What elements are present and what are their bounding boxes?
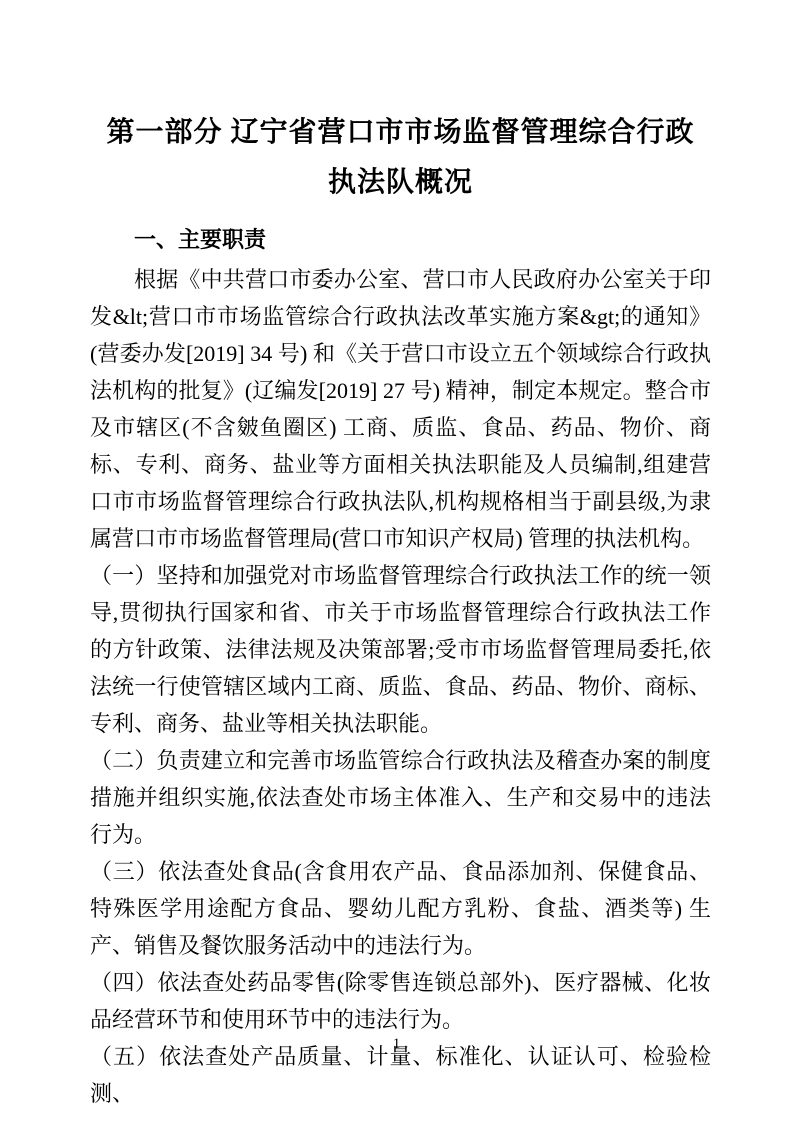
paragraph-duty-3: （三）依法查处食品(含食用农产品、食品添加剂、保健食品、特殊医学用途配方食品、婴… [90,853,711,964]
body-text: 根据《中共营口市委办公室、营口市人民政府办公室关于印发&lt;营口市市场监管综合… [90,261,711,1112]
document-content: 第一部分 辽宁省营口市市场监督管理综合行政执法队概况 一、主要职责 根据《中共营… [0,108,793,1112]
paragraph-basis: 根据《中共营口市委办公室、营口市人民政府办公室关于印发&lt;营口市市场监管综合… [90,261,711,557]
paragraph-duty-2: （二）负责建立和完善市场监管综合行政执法及稽查办案的制度措施并组织实施,依法查处… [90,742,711,853]
page-number: 1 [0,1036,793,1053]
document-title: 第一部分 辽宁省营口市市场监督管理综合行政执法队概况 [90,108,711,208]
paragraph-duty-1: （一）坚持和加强党对市场监督管理综合行政执法工作的统一领导,贯彻执行国家和省、市… [90,557,711,742]
document-page: 第一部分 辽宁省营口市市场监督管理综合行政执法队概况 一、主要职责 根据《中共营… [0,0,793,1122]
section-heading: 一、主要职责 [90,224,711,256]
paragraph-duty-4: （四）依法查处药品零售(除零售连锁总部外)、医疗器械、化妆品经营环节和使用环节中… [90,964,711,1038]
